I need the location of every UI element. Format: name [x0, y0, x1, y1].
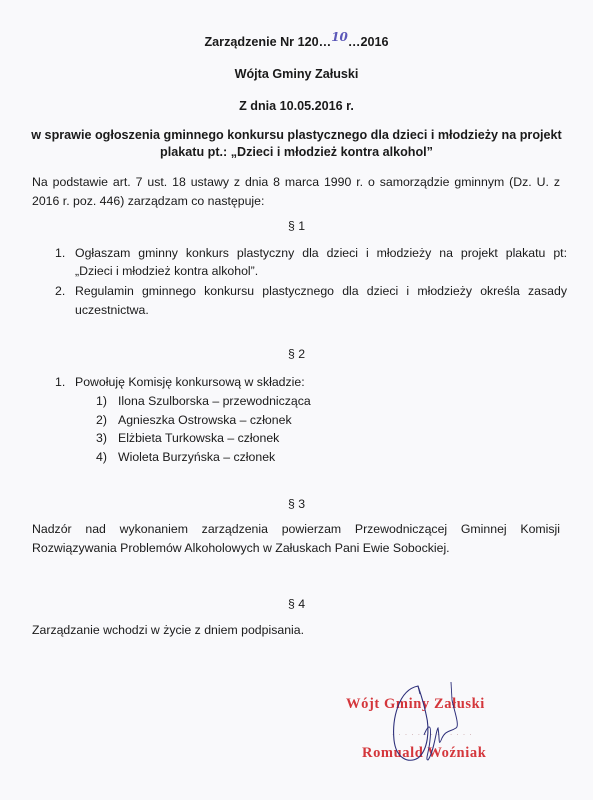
document-page: Zarządzenie Nr 120…10…2016 Wójta Gminy Z… — [0, 0, 593, 800]
handwritten-signature — [0, 0, 593, 800]
